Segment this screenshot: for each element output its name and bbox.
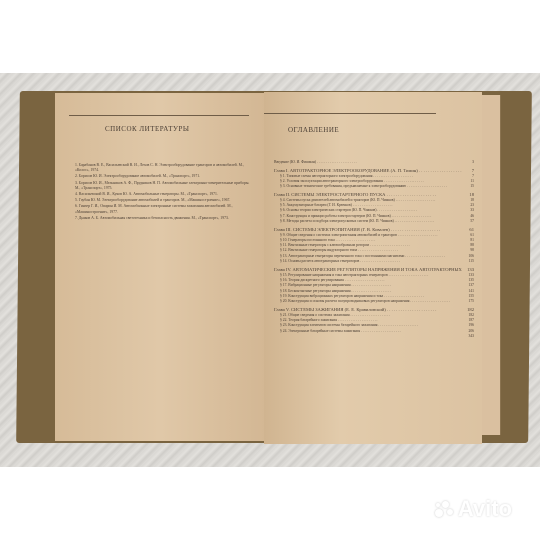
toc-title: § 20. Конструкция и основы расчета полуп… — [280, 299, 462, 304]
book-photo: СПИСОК ЛИТЕРАТУРЫ 1. Барабанов В. Е., Ва… — [0, 73, 540, 467]
reference-item: 1. Барабанов В. Е., Васильевский В. И., … — [75, 163, 255, 173]
right-page: ОГЛАВЛЕНИЕ Введение (Ю. И. Фишман) . . .… — [264, 92, 482, 444]
toc-title: § 8. Методы расчета и подбора электропус… — [280, 219, 462, 224]
reference-item: 6. Гинзер Г. И., Опарин И. М. Автомобиль… — [75, 204, 255, 214]
avito-watermark: Avito — [435, 496, 512, 522]
toc-entry: § 20. Конструкция и основы расчета полуп… — [274, 299, 474, 304]
page-edges — [480, 95, 501, 435]
toc-page-number: 175 — [462, 299, 474, 304]
toc-entry: § 14. Основы расчета автотракторных гене… — [274, 259, 474, 264]
toc-entry: 343 — [274, 334, 474, 339]
reference-item: 4. Васильевский В. И., Куков Ю. А. Автом… — [75, 192, 255, 197]
reference-item: 3. Борисов Ю. И., Мельников А. Ф., Прудн… — [75, 181, 255, 191]
toc-title: Введение (Ю. И. Фишман) . . . . . . . . … — [274, 160, 462, 165]
watermark-text: Avito — [458, 496, 512, 522]
toc-page-number: 115 — [462, 259, 474, 264]
header-rule — [264, 113, 436, 114]
left-page: СПИСОК ЛИТЕРАТУРЫ 1. Барабанов В. Е., Ва… — [55, 93, 265, 441]
toc-entry: § 8. Методы расчета и подбора электропус… — [274, 219, 474, 224]
bibliography-list: 1. Барабанов В. Е., Васильевский В. И., … — [75, 163, 255, 222]
reference-item: 2. Борисов Ю. И. Электрооборудование авт… — [75, 174, 255, 179]
toc-page-number: 15 — [462, 184, 474, 189]
toc-entry: § 3. Основные технические требования, пр… — [274, 184, 474, 189]
reference-item: 7. Дьяков А. Б. Автомобильная светотехни… — [75, 216, 255, 221]
table-of-contents: Введение (Ю. И. Фишман) . . . . . . . . … — [274, 160, 474, 339]
toc-page-number: 343 — [462, 334, 474, 339]
bibliography-heading: СПИСОК ЛИТЕРАТУРЫ — [105, 125, 189, 133]
toc-title — [274, 334, 462, 339]
toc-title: § 14. Основы расчета автотракторных гене… — [280, 259, 462, 264]
header-rule — [69, 115, 249, 116]
toc-page-number: 3 — [462, 160, 474, 165]
toc-title: § 3. Основные технические требования, пр… — [280, 184, 462, 189]
toc-heading: ОГЛАВЛЕНИЕ — [288, 126, 339, 134]
reference-item: 5. Гаубан Ю. М. Электрооборудование авто… — [75, 198, 255, 203]
avito-dots-icon — [435, 500, 455, 518]
toc-entry: Введение (Ю. И. Фишман) . . . . . . . . … — [274, 160, 474, 165]
toc-page-number: 57 — [462, 219, 474, 224]
